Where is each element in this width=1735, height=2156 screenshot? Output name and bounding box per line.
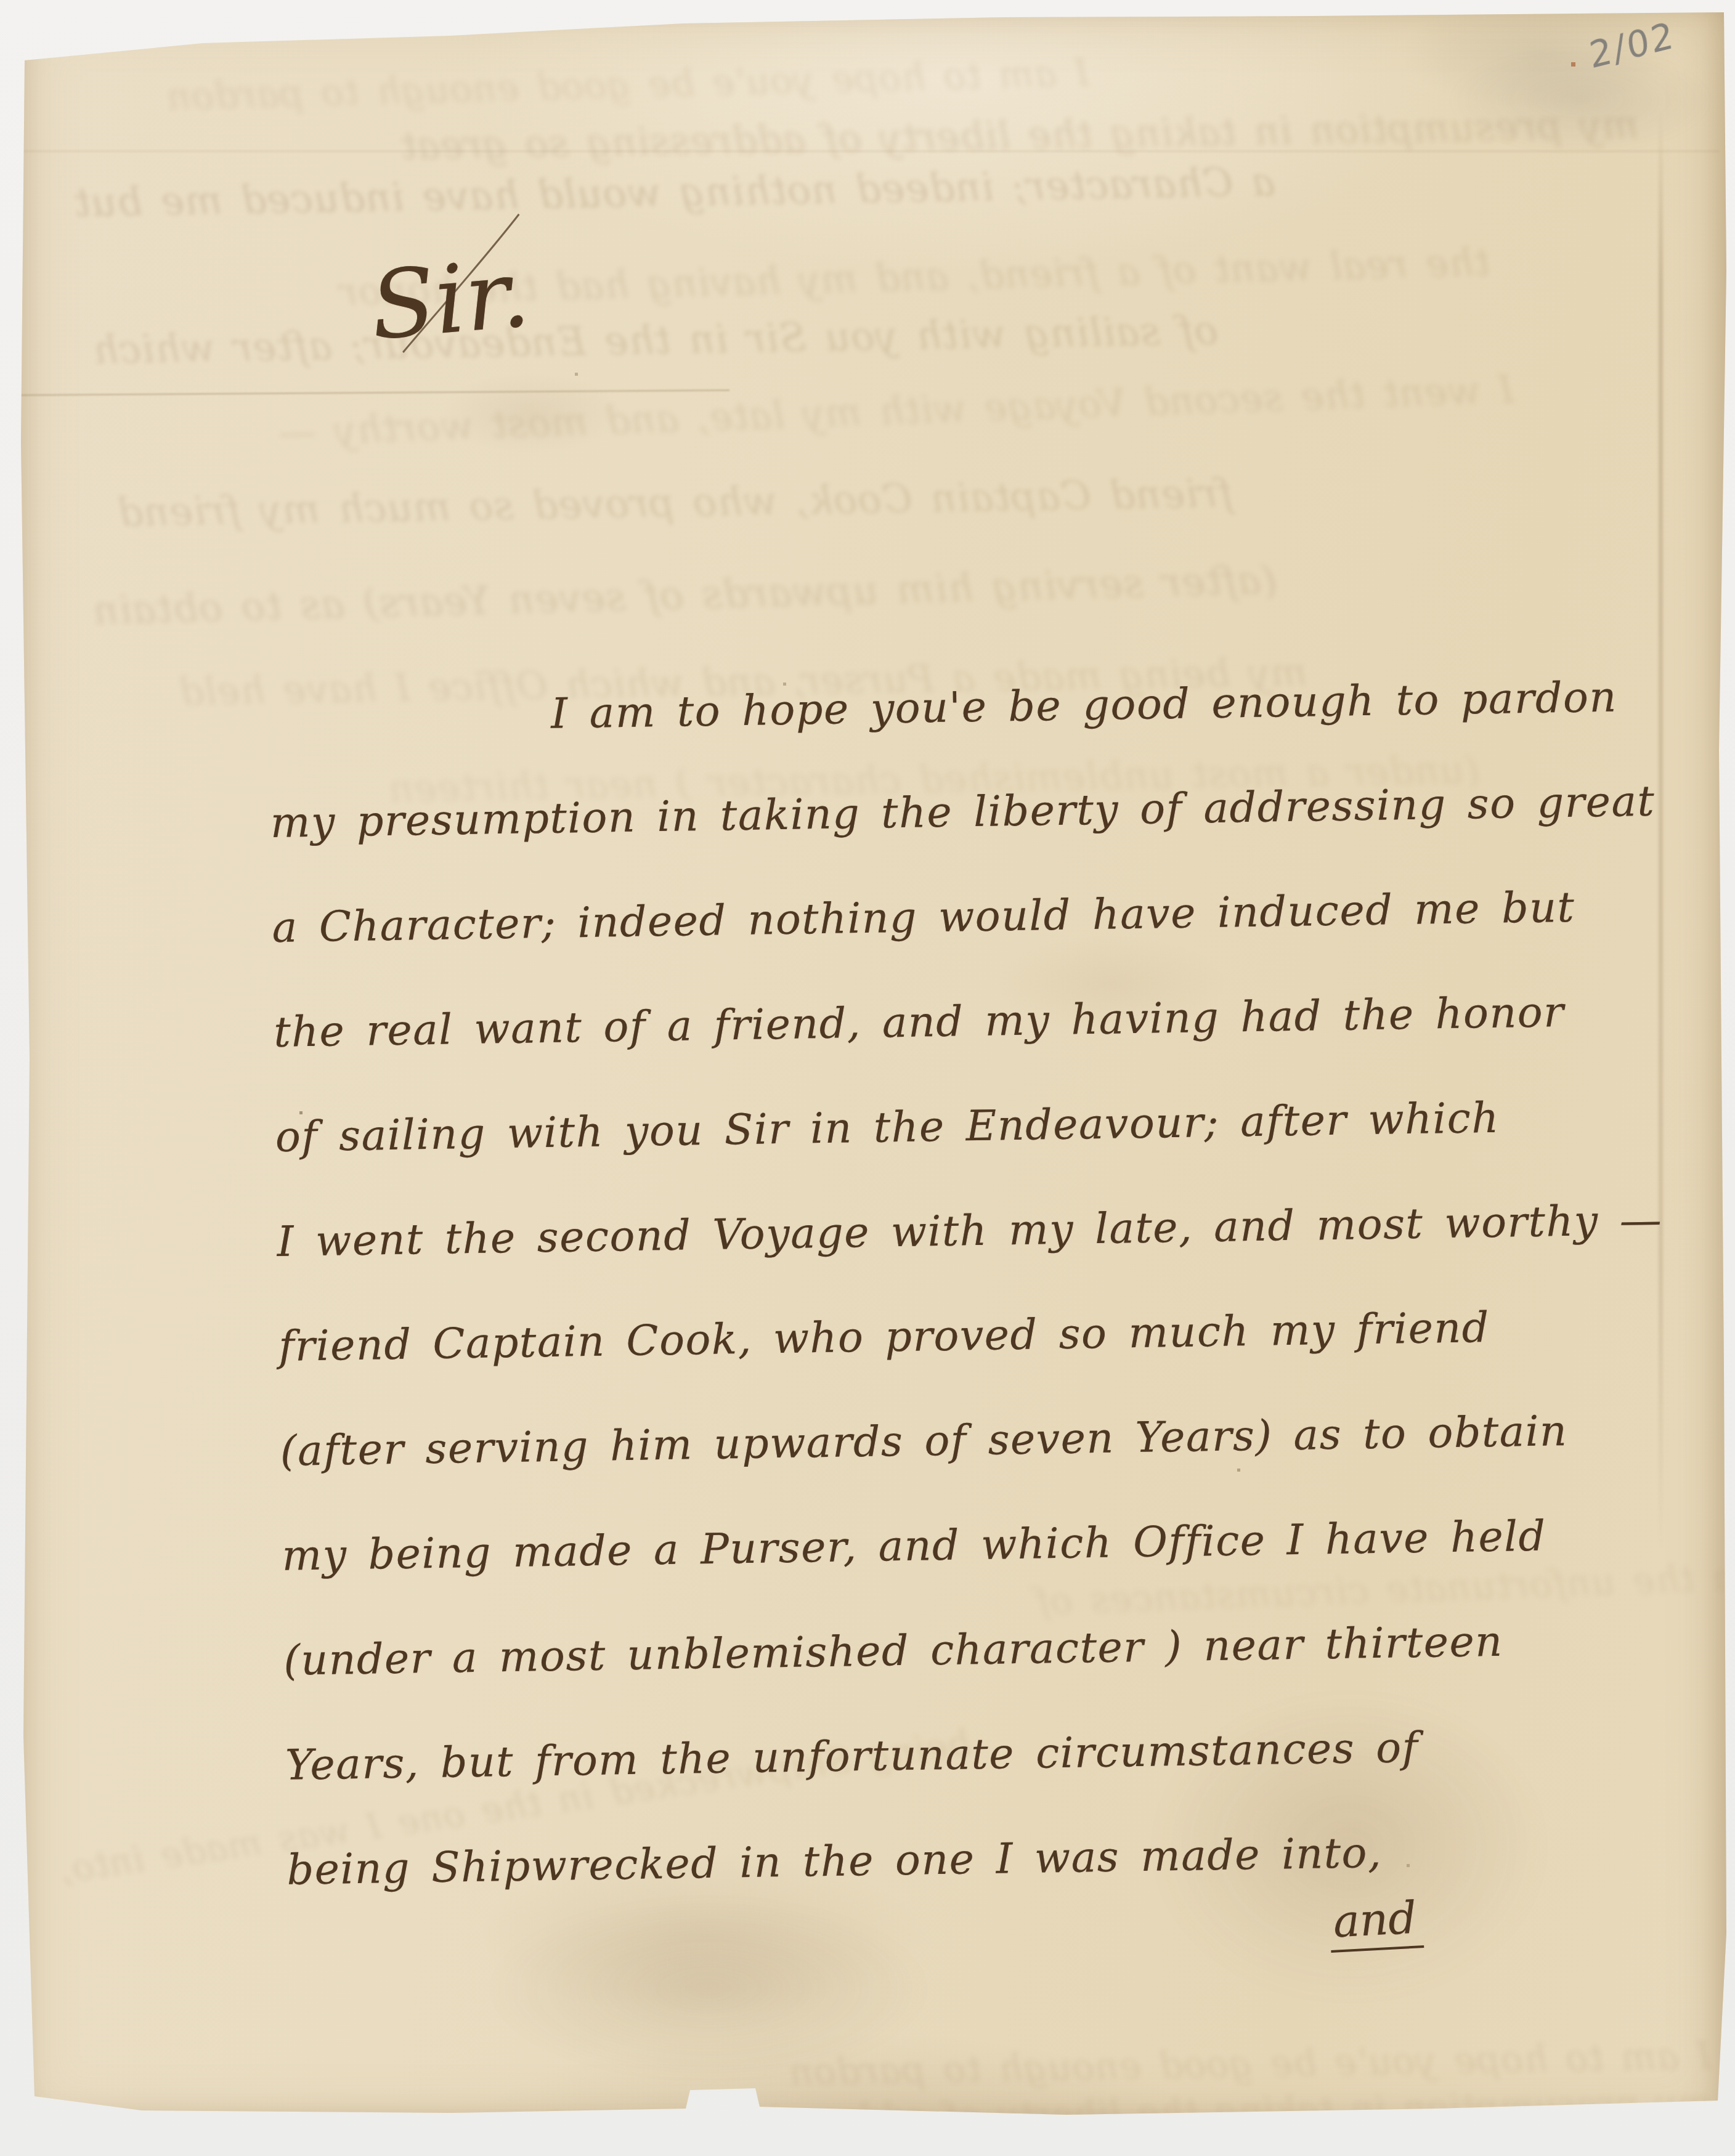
- paper-specks: [18, 11, 19, 12]
- pen-flourish: [357, 201, 555, 364]
- letter-line: I went the second Voyage with my late, a…: [276, 1170, 1571, 1295]
- letter-line: Years, but from the unfortunate circumst…: [285, 1693, 1580, 1818]
- salutation: Sir.: [367, 238, 534, 361]
- bleed-through-line: I went the second Voyage with my late, a…: [277, 367, 1514, 455]
- bleed-through-line: a Character; indeed nothing would have i…: [74, 160, 1276, 226]
- catchword: and: [1328, 1891, 1424, 1953]
- letter-line: my presumption in taking the liberty of …: [270, 751, 1565, 876]
- letter-line: my being made a Purser, and which Office…: [281, 1484, 1576, 1609]
- letter-line: friend Captain Cook, who proved so much …: [278, 1275, 1573, 1400]
- pencil-folio-number: 2/02: [1587, 14, 1678, 77]
- bleed-through-line: friend Captain Cook, who proved so much …: [116, 471, 1233, 536]
- vertical-crease: [1659, 110, 1663, 1551]
- letter-line: I am to hope you'e be good enough to par…: [268, 646, 1563, 771]
- paper-stain: [487, 1896, 930, 2081]
- letter-page: I am to hope you'e be good enough to par…: [18, 11, 1726, 2125]
- letter-line: (after serving him upwards of seven Year…: [280, 1379, 1575, 1504]
- bleed-through-line: my presumption in taking the liberty of …: [400, 102, 1639, 168]
- bleed-through-line: I am to hope you'e be good enough to par…: [166, 51, 1089, 118]
- bleed-through-line: I am to hope you'e be good enough to par…: [789, 2035, 1712, 2094]
- scanned-letter: I am to hope you'e be good enough to par…: [0, 0, 1735, 2156]
- paper-stain: [1448, 48, 1713, 153]
- letter-line: a Character; indeed nothing would have i…: [271, 856, 1566, 981]
- horizontal-crease: [21, 389, 729, 396]
- letter-body: I am to hope you'e be good enough to par…: [268, 646, 1582, 1923]
- bleed-through-line: (after serving him upwards of seven Year…: [92, 557, 1277, 634]
- letter-line: (under a most unblemished character ) ne…: [283, 1589, 1578, 1714]
- letter-line: of sailing with you Sir in the Endeavour…: [275, 1065, 1570, 1190]
- horizontal-fold-line: [18, 150, 1719, 152]
- letter-line: the real want of a friend, and my having…: [273, 960, 1568, 1085]
- bleed-through-line: my presumption in taking the liberty of …: [548, 2082, 1712, 2125]
- bleed-through-line: of sailing with you Sir in the Endeavour…: [92, 308, 1218, 373]
- catchword-text: and: [1328, 1891, 1424, 1953]
